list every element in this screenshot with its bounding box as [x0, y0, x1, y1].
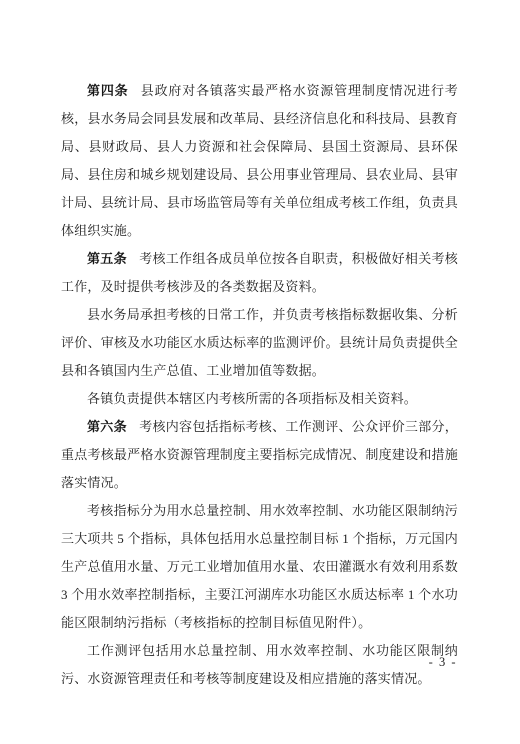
paragraph-water-bureau-duties: 县水务局承担考核的日常工作，并负责考核指标数据收集、分析评价、审核及水功能区水质…: [61, 301, 458, 385]
article-6-number: 第六条: [87, 419, 127, 434]
work-evaluation-text: 工作测评包括用水总量控制、用水效率控制、水功能区限制纳污、水资源管理责任和考核等…: [61, 643, 458, 686]
document-page: 第四条县政府对各镇落实最严格水资源管理制度情况进行考核，县水务局会同县发展和改革…: [0, 0, 520, 744]
paragraph-article-6: 第六条考核内容包括指标考核、工作测评、公众评价三部分，重点考核最严格水资源管理制…: [61, 413, 458, 497]
paragraph-towns-duties: 各镇负责提供本辖区内考核所需的各项指标及相关资料。: [61, 385, 458, 413]
paragraph-article-5: 第五条考核工作组各成员单位按各自职责，积极做好相关考核工作，及时提供考核涉及的各…: [61, 245, 458, 301]
document-body: 第四条县政府对各镇落实最严格水资源管理制度情况进行考核，县水务局会同县发展和改革…: [61, 77, 458, 693]
water-bureau-duties-text: 县水务局承担考核的日常工作，并负责考核指标数据收集、分析评价、审核及水功能区水质…: [61, 307, 458, 378]
article-4-number: 第四条: [87, 83, 128, 98]
paragraph-work-evaluation: 工作测评包括用水总量控制、用水效率控制、水功能区限制纳污、水资源管理责任和考核等…: [61, 637, 458, 693]
article-4-text: 县政府对各镇落实最严格水资源管理制度情况进行考核，县水务局会同县发展和改革局、县…: [61, 83, 458, 238]
assessment-indicators-text: 考核指标分为用水总量控制、用水效率控制、水功能区限制纳污三大项共 5 个指标，具…: [61, 503, 458, 630]
article-5-number: 第五条: [87, 251, 127, 266]
towns-duties-text: 各镇负责提供本辖区内考核所需的各项指标及相关资料。: [87, 391, 417, 406]
page-number: - 3 -: [429, 655, 457, 670]
paragraph-article-4: 第四条县政府对各镇落实最严格水资源管理制度情况进行考核，县水务局会同县发展和改革…: [61, 77, 458, 245]
paragraph-assessment-indicators: 考核指标分为用水总量控制、用水效率控制、水功能区限制纳污三大项共 5 个指标，具…: [61, 497, 458, 637]
